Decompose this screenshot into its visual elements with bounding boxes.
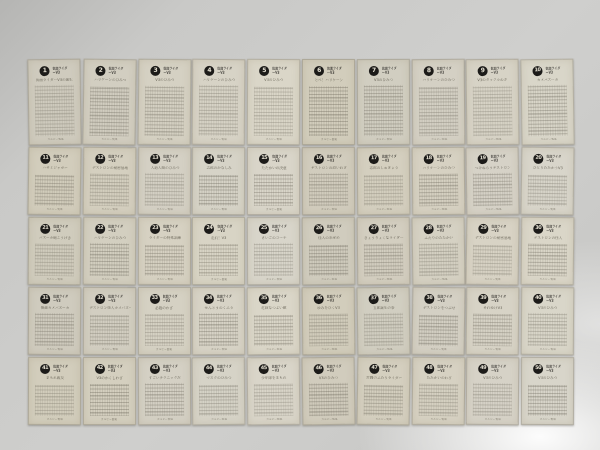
card-back: 44仮面ライダーV3マスクのひみつカルビー製菓 xyxy=(192,357,246,425)
card-back: 42仮面ライダーV3V3のかくしわざカルビー製菓 xyxy=(83,357,136,425)
series-logo: 仮面ライダーV3 xyxy=(327,154,343,162)
card-back: 13仮面ライダーV3人造人間のひみつカルビー製菓 xyxy=(137,147,191,215)
series-logo: 仮面ライダーV3 xyxy=(492,224,508,233)
card-footer: カルビー製菓 xyxy=(539,278,555,281)
card-header: 27仮面ライダーV3 xyxy=(368,223,397,234)
series-logo: 仮面ライダーV3 xyxy=(218,66,234,75)
series-logo: 仮面ライダーV3 xyxy=(272,294,288,303)
card-number-badge: 37 xyxy=(368,294,378,304)
card-title: つけねらうデストロン xyxy=(475,166,511,171)
series-logo: 仮面ライダーV3 xyxy=(491,66,507,75)
card-title: V3のひみつ xyxy=(374,78,393,82)
card-footer: カルビー製菓 xyxy=(484,348,500,351)
card-header: 28仮面ライダーV3 xyxy=(423,223,452,234)
card-back: 19仮面ライダーV3つけねらうデストロンカルビー製菓 xyxy=(466,147,520,216)
card-header: 36仮面ライダーV3 xyxy=(314,293,343,304)
series-logo: 仮面ライダーV3 xyxy=(163,66,179,75)
card-title: 必殺のわざ xyxy=(155,306,173,310)
series-logo: 仮面ライダーV3 xyxy=(52,66,68,75)
card-back: 30仮面ライダーV3デストロンの怪人カルビー製菓 xyxy=(521,217,575,286)
card-body-text xyxy=(254,315,293,347)
card-back: 20仮面ライダーV3ひとりたたかうV3カルビー製菓 xyxy=(521,147,575,216)
card-number-badge: 8 xyxy=(423,66,433,76)
card-header: 46仮面ライダーV3 xyxy=(314,363,343,374)
card-header: 45仮面ライダーV3 xyxy=(259,363,288,374)
card-back: 18仮面ライダーV3ハリケーンのひみつカルビー製菓 xyxy=(411,147,465,216)
card-body-text xyxy=(145,314,184,346)
card-body-text xyxy=(144,245,183,276)
card-body-text xyxy=(254,174,293,206)
card-back: 6仮面ライダーV3とべ！ハリケーンカルビー製菓 xyxy=(302,59,355,145)
card-back: 45仮面ライダーV3少年隊をまもれカルビー製菓 xyxy=(247,357,301,426)
card-number-badge: 12 xyxy=(95,153,105,163)
card-footer: カルビー製菓 xyxy=(101,208,117,211)
card-body-text xyxy=(199,244,238,276)
card-title: ハリケーンのひみつ xyxy=(203,78,235,83)
card-header: 30仮面ライダーV3 xyxy=(533,223,562,234)
card-footer: カルビー製菓 xyxy=(321,278,337,281)
card-footer: カルビー製菓 xyxy=(156,418,172,421)
card-header: 41仮面ライダーV3 xyxy=(40,363,69,374)
series-logo: 仮面ライダーV3 xyxy=(546,364,562,372)
series-logo: 仮面ライダーV3 xyxy=(327,294,343,303)
card-number-badge: 49 xyxy=(479,363,489,373)
card-back: 23仮面ライダーV3ライダーの特殊訓練カルビー製菓 xyxy=(137,217,190,285)
card-number-badge: 18 xyxy=(423,154,433,164)
card-header: 16仮面ライダーV3 xyxy=(314,153,343,164)
card-title: 強敵カメバズーカ xyxy=(40,306,69,311)
card-title: たたかいの決意 xyxy=(261,166,286,170)
card-footer: カルビー製菓 xyxy=(101,348,117,351)
card-footer: カルビー製菓 xyxy=(485,138,501,141)
card-footer: カルビー製菓 xyxy=(539,348,555,351)
card-body-text xyxy=(363,384,402,416)
series-logo: 仮面ライダーV3 xyxy=(546,294,562,303)
series-logo: 仮面ライダーV3 xyxy=(492,364,508,373)
card-number-badge: 42 xyxy=(95,364,105,374)
card-back: 31仮面ライダーV3強敵カメバズーカカルビー製菓 xyxy=(28,287,82,355)
card-body-text xyxy=(364,312,404,346)
card-title: ライダーの特殊訓練 xyxy=(148,236,180,240)
card-body-text xyxy=(144,86,184,137)
card-body-text xyxy=(35,174,74,206)
card-footer: カルビー製菓 xyxy=(156,278,172,281)
card-body-text xyxy=(145,383,184,416)
card-title: すごいテクニックだ xyxy=(148,376,180,380)
card-header: 25仮面ライダーV3 xyxy=(259,223,288,234)
card-footer: カルビー製菓 xyxy=(430,348,446,351)
card-title: 苦闘のふたりライダー xyxy=(366,376,402,381)
card-title: V3のひみつ xyxy=(264,78,283,82)
card-number-badge: 1 xyxy=(39,66,49,76)
card-title: デストロンの秘密基地 xyxy=(475,236,511,241)
card-back: 50仮面ライダーV3V3のひみつカルビー製菓 xyxy=(521,357,574,425)
card-number-badge: 16 xyxy=(314,154,324,164)
card-back: 36仮面ライダーV3ゆみをひくV3カルビー製菓 xyxy=(302,287,356,356)
card-footer: カルビー製菓 xyxy=(46,278,62,281)
card-footer: カルビー製菓 xyxy=(430,208,446,211)
series-logo: 仮面ライダーV3 xyxy=(163,224,179,232)
card-number-badge: 34 xyxy=(204,294,214,304)
series-logo: 仮面ライダーV3 xyxy=(217,224,233,232)
card-header: 9仮面ライダーV3 xyxy=(478,65,507,76)
card-back: 41仮面ライダーV3まもれ親友カルビー製菓 xyxy=(28,357,81,425)
card-footer: カルビー製菓 xyxy=(156,208,172,211)
card-footer: カルビー製菓 xyxy=(211,418,227,421)
card-number-badge: 21 xyxy=(40,223,50,233)
card-number-badge: 14 xyxy=(204,153,214,163)
series-logo: 仮面ライダーV3 xyxy=(381,224,397,233)
card-body-text xyxy=(364,244,403,277)
card-number-badge: 48 xyxy=(424,363,434,373)
card-number-badge: 50 xyxy=(533,363,543,373)
card-body-text xyxy=(528,244,567,277)
card-body-text xyxy=(528,174,567,206)
card-header: 48仮面ライダーV3 xyxy=(424,363,453,374)
card-body-text xyxy=(473,314,512,347)
card-number-badge: 35 xyxy=(259,294,269,304)
card-header: 3仮面ライダーV3 xyxy=(150,65,179,76)
card-header: 19仮面ライダーV3 xyxy=(478,153,507,164)
series-logo: 仮面ライダーV3 xyxy=(437,364,453,373)
card-back: 27仮面ライダーV3きょうりょくなライダーカルビー製菓 xyxy=(356,217,410,286)
series-logo: 仮面ライダーV3 xyxy=(272,364,288,373)
card-body-text xyxy=(89,86,129,136)
card-header: 5仮面ライダーV3 xyxy=(259,65,288,76)
card-title: デストロンの怪人 xyxy=(533,236,562,241)
series-logo: 仮面ライダーV3 xyxy=(163,154,179,163)
card-title: マスクのひみつ xyxy=(206,376,231,381)
card-footer: カルビー製菓 xyxy=(266,278,282,281)
series-logo: 仮面ライダーV3 xyxy=(491,154,507,163)
series-logo: 仮面ライダーV3 xyxy=(53,224,69,233)
series-logo: 仮面ライダーV3 xyxy=(108,66,124,75)
card-body-text xyxy=(473,383,512,417)
series-logo: 仮面ライダーV3 xyxy=(327,364,343,373)
card-number-badge: 4 xyxy=(205,65,215,75)
card-body-text xyxy=(90,243,129,277)
card-number-badge: 45 xyxy=(259,364,269,374)
card-number-badge: 30 xyxy=(533,223,543,233)
card-title: バズーカ砲こうげき xyxy=(39,236,71,241)
card-back: 2仮面ライダーV3ハリケーンのひみつカルビー製菓 xyxy=(82,59,136,146)
card-body-text xyxy=(418,242,458,276)
card-body-text xyxy=(528,385,567,416)
card-footer: カルビー製菓 xyxy=(539,208,555,211)
card-body-text xyxy=(309,382,349,416)
card-title: ハリケーンのひみつ xyxy=(93,236,125,241)
card-body-text xyxy=(364,175,403,207)
card-number-badge: 2 xyxy=(95,65,105,75)
card-footer: カルビー製菓 xyxy=(485,208,501,211)
card-footer: カルビー製菓 xyxy=(266,208,282,211)
card-title: デストロンをつぶせ xyxy=(422,306,454,311)
card-title: 危険なつよい敵 xyxy=(261,306,286,311)
series-logo: 仮面ライダーV3 xyxy=(546,154,562,163)
card-title: ゆみをひくV3 xyxy=(317,306,340,311)
card-header: 33仮面ライダーV3 xyxy=(150,293,179,304)
card-footer: カルビー製菓 xyxy=(101,418,117,421)
card-footer: カルビー製菓 xyxy=(47,138,63,141)
card-body-text xyxy=(528,313,567,347)
card-footer: カルビー製菓 xyxy=(430,138,446,141)
card-back: 29仮面ライダーV3デストロンの秘密基地カルビー製菓 xyxy=(466,217,520,286)
card-title: 志郎のかなしみ xyxy=(206,166,231,170)
card-body-text xyxy=(418,314,457,346)
card-body-text xyxy=(144,173,183,207)
card-back: 7仮面ライダーV3V3のひみつカルビー製菓 xyxy=(357,59,410,145)
card-title: V3のひみつ xyxy=(538,306,557,310)
card-title: ふたりのたたかい xyxy=(423,236,452,241)
card-body-text xyxy=(199,313,238,346)
card-back: 37仮面ライダーV3五郎誕生の巻カルビー製菓 xyxy=(356,287,410,356)
card-back: 14仮面ライダーV3志郎のかなしみカルビー製菓 xyxy=(192,147,245,215)
card-header: 13仮面ライダーV3 xyxy=(150,153,179,164)
series-logo: 仮面ライダーV3 xyxy=(436,66,452,75)
card-number-badge: 6 xyxy=(314,66,324,76)
card-footer: カルビー製菓 xyxy=(375,208,391,211)
card-body-text xyxy=(254,384,293,417)
card-back: 12仮面ライダーV3デストロンの秘密基地カルビー製菓 xyxy=(82,147,136,216)
card-header: 31仮面ライダーV3 xyxy=(40,293,69,304)
card-title: V3のかくしわざ xyxy=(96,376,122,380)
card-title: 走れ！V3 xyxy=(211,236,227,240)
series-logo: 仮面ライダーV3 xyxy=(546,224,562,233)
card-footer: カルビー製菓 xyxy=(211,138,227,141)
series-logo: 仮面ライダーV3 xyxy=(53,154,69,163)
card-footer: カルビー製菓 xyxy=(211,208,227,211)
card-body-text xyxy=(254,87,293,136)
card-body-text xyxy=(473,86,513,137)
card-title: さいごのコーチ xyxy=(261,236,286,240)
series-logo: 仮面ライダーV3 xyxy=(272,154,288,162)
card-number-badge: 19 xyxy=(478,154,488,164)
card-footer: カルビー製菓 xyxy=(265,138,281,141)
card-header: 11仮面ライダーV3 xyxy=(40,153,69,164)
series-logo: 仮面ライダーV3 xyxy=(381,294,397,303)
card-header: 38仮面ライダーV3 xyxy=(424,293,453,304)
card-number-badge: 28 xyxy=(423,224,433,234)
card-header: 21仮面ライダーV3 xyxy=(40,223,69,234)
card-back: 34仮面ライダーV3せんとうのくふうカルビー製菓 xyxy=(192,287,245,355)
card-number-badge: 32 xyxy=(95,293,105,303)
series-logo: 仮面ライダーV3 xyxy=(436,154,452,163)
card-title: 怪人の水ぜめ xyxy=(318,236,340,240)
card-header: 20仮面ライダーV3 xyxy=(533,153,562,164)
card-body-text xyxy=(199,385,238,417)
card-footer: カルビー製菓 xyxy=(485,418,501,421)
card-number-badge: 7 xyxy=(369,66,379,76)
card-body-text xyxy=(419,174,458,207)
card-back: 11仮面ライダーV3ハサミジャガーカルビー製菓 xyxy=(27,147,81,216)
card-back: 35仮面ライダーV3危険なつよい敵カルビー製菓 xyxy=(247,287,301,355)
card-header: 14仮面ライダーV3 xyxy=(204,153,233,164)
card-header: 47仮面ライダーV3 xyxy=(369,363,398,374)
card-header: 2仮面ライダーV3 xyxy=(95,65,124,76)
card-header: 34仮面ライダーV3 xyxy=(204,293,233,304)
card-header: 49仮面ライダーV3 xyxy=(479,363,508,374)
series-logo: 仮面ライダーV3 xyxy=(217,294,233,302)
card-footer: カルビー製菓 xyxy=(375,138,391,141)
card-body-text xyxy=(35,244,74,277)
series-logo: 仮面ライダーV3 xyxy=(217,154,233,162)
card-title: V3のタックルわざ xyxy=(478,78,508,83)
series-logo: 仮面ライダーV3 xyxy=(546,66,562,75)
card-header: 12仮面ライダーV3 xyxy=(95,153,124,164)
series-logo: 仮面ライダーV3 xyxy=(272,224,288,232)
card-back: 43仮面ライダーV3すごいテクニックだカルビー製菓 xyxy=(137,357,190,425)
card-footer: カルビー製菓 xyxy=(156,348,172,351)
card-number-badge: 17 xyxy=(369,154,379,164)
card-header: 18仮面ライダーV3 xyxy=(423,153,452,164)
card-title: デストロンの秘密基地 xyxy=(91,166,127,171)
card-title: それゆけV3 xyxy=(483,306,502,311)
card-back: 3仮面ライダーV3V3のひみつカルビー製菓 xyxy=(137,59,191,146)
series-logo: 仮面ライダーV3 xyxy=(217,364,233,373)
card-title: V3のひみつ xyxy=(155,78,174,83)
card-body-text xyxy=(90,174,129,207)
card-number-badge: 23 xyxy=(150,223,160,233)
card-body-text xyxy=(418,384,457,417)
series-logo: 仮面ライダーV3 xyxy=(108,294,124,302)
card-title: デストロンの恐いわざ xyxy=(311,166,347,170)
card-title: きょうりょくなライダー xyxy=(363,236,403,241)
card-number-badge: 46 xyxy=(314,364,324,374)
card-number-badge: 41 xyxy=(40,363,50,373)
card-footer: カルビー製菓 xyxy=(101,138,117,141)
card-back: 21仮面ライダーV3バズーカ砲こうげきカルビー製菓 xyxy=(28,217,82,286)
series-logo: 仮面ライダーV3 xyxy=(53,294,69,303)
card-title: せんとうのくふう xyxy=(204,306,233,310)
card-back: 1仮面ライダーV3仮面ライダーV3の誕生カルビー製菓 xyxy=(27,59,81,146)
card-body-text xyxy=(35,84,75,136)
card-footer: カルビー製菓 xyxy=(376,348,392,351)
card-number-badge: 22 xyxy=(95,223,105,233)
series-logo: 仮面ライダーV3 xyxy=(436,224,452,233)
card-footer: カルビー製菓 xyxy=(430,418,446,421)
series-logo: 仮面ライダーV3 xyxy=(272,66,288,74)
series-logo: 仮面ライダーV3 xyxy=(108,364,124,372)
card-header: 24仮面ライダーV3 xyxy=(204,223,233,234)
card-title: 五郎誕生の巻 xyxy=(372,306,394,311)
card-footer: カルビー製菓 xyxy=(321,348,337,351)
card-header: 44仮面ライダーV3 xyxy=(204,363,233,374)
card-header: 6仮面ライダーV3 xyxy=(314,65,343,76)
series-logo: 仮面ライダーV3 xyxy=(53,364,69,372)
card-number-badge: 24 xyxy=(204,224,214,234)
card-body-text xyxy=(473,244,512,276)
series-logo: 仮面ライダーV3 xyxy=(327,66,343,74)
series-logo: 仮面ライダーV3 xyxy=(437,294,453,303)
card-body-text xyxy=(35,313,74,347)
card-number-badge: 43 xyxy=(149,364,159,374)
card-footer: カルビー製菓 xyxy=(101,278,117,281)
card-body-text xyxy=(309,86,348,136)
series-logo: 仮面ライダーV3 xyxy=(162,364,178,372)
card-number-badge: 31 xyxy=(40,293,50,303)
card-back: 28仮面ライダーV3ふたりのたたかいカルビー製菓 xyxy=(411,217,465,286)
card-header: 29仮面ライダーV3 xyxy=(479,223,508,234)
card-title: 少年隊をまもれ xyxy=(261,376,286,381)
card-title: たたかいのわざ xyxy=(426,376,451,381)
card-header: 4仮面ライダーV3 xyxy=(205,65,234,76)
card-number-badge: 47 xyxy=(369,363,379,373)
card-number-badge: 36 xyxy=(314,294,324,304)
card-footer: カルビー製菓 xyxy=(211,348,227,351)
card-footer: カルビー製菓 xyxy=(46,348,62,351)
card-header: 50仮面ライダーV3 xyxy=(533,363,562,374)
card-footer: カルビー製菓 xyxy=(484,278,500,281)
card-footer: カルビー製菓 xyxy=(321,208,337,211)
card-number-badge: 44 xyxy=(204,364,214,374)
card-footer: カルビー製菓 xyxy=(540,138,556,141)
card-back: 26仮面ライダーV3怪人の水ぜめカルビー製菓 xyxy=(302,217,356,285)
card-back: 46仮面ライダーV3V3のひみつカルビー製菓 xyxy=(301,357,355,426)
card-header: 35仮面ライダーV3 xyxy=(259,293,288,304)
card-back: 10仮面ライダーV3カメバズーカカルビー製菓 xyxy=(521,59,575,146)
card-footer: カルビー製菓 xyxy=(320,138,336,141)
photo-background: 1仮面ライダーV3仮面ライダーV3の誕生カルビー製菓2仮面ライダーV3ハリケーン… xyxy=(0,0,600,450)
card-number-badge: 27 xyxy=(368,224,378,234)
card-footer: カルビー製菓 xyxy=(211,278,227,281)
card-body-text xyxy=(35,385,74,416)
card-title: ハリケーンのひみつ xyxy=(422,166,454,171)
card-header: 17仮面ライダーV3 xyxy=(369,153,398,164)
card-number-badge: 11 xyxy=(40,153,50,163)
series-logo: 仮面ライダーV3 xyxy=(108,224,124,233)
card-header: 42仮面ライダーV3 xyxy=(95,363,124,374)
card-back: 8仮面ライダーV3ハリケーンのひみつカルビー製菓 xyxy=(411,59,465,145)
card-footer: カルビー製菓 xyxy=(46,208,62,211)
card-footer: カルビー製菓 xyxy=(376,278,392,281)
card-title: V3のひみつ xyxy=(319,376,338,381)
card-body-text xyxy=(90,315,129,346)
card-body-text xyxy=(309,245,348,277)
card-header: 23仮面ライダーV3 xyxy=(150,223,179,234)
card-back: 48仮面ライダーV3たたかいのわざカルビー製菓 xyxy=(411,357,465,426)
series-logo: 仮面ライダーV3 xyxy=(108,154,124,163)
card-title: ハリケーンのひみつ xyxy=(93,78,125,83)
card-body-text xyxy=(199,85,238,137)
card-header: 15仮面ライダーV3 xyxy=(259,153,288,164)
card-grid: 1仮面ライダーV3仮面ライダーV3の誕生カルビー製菓2仮面ライダーV3ハリケーン… xyxy=(0,0,600,450)
card-back: 17仮面ライダーV3志郎のしゅぎょうカルビー製菓 xyxy=(357,147,411,215)
card-footer: カルビー製菓 xyxy=(375,418,391,421)
card-footer: カルビー製菓 xyxy=(46,418,62,421)
series-logo: 仮面ライダーV3 xyxy=(382,154,398,163)
card-number-badge: 40 xyxy=(533,293,543,303)
card-back: 9仮面ライダーV3V3のタックルわざカルビー製菓 xyxy=(466,59,520,146)
card-header: 37仮面ライダーV3 xyxy=(368,293,397,304)
card-header: 40仮面ライダーV3 xyxy=(533,293,562,304)
card-back: 15仮面ライダーV3たたかいの決意カルビー製菓 xyxy=(247,147,300,215)
card-header: 7仮面ライダーV3 xyxy=(369,65,398,76)
series-logo: 仮面ライダーV3 xyxy=(382,66,398,74)
card-header: 8仮面ライダーV3 xyxy=(423,65,452,76)
card-title: ハリケーンのひみつ xyxy=(422,78,454,83)
card-number-badge: 33 xyxy=(150,294,160,304)
card-title: V3のひみつ xyxy=(538,376,557,380)
card-footer: カルビー製菓 xyxy=(540,418,556,421)
card-back: 24仮面ライダーV3走れ！V3カルビー製菓 xyxy=(192,217,245,285)
card-footer: カルビー製菓 xyxy=(266,418,282,421)
card-number-badge: 39 xyxy=(479,293,489,303)
card-header: 32仮面ライダーV3 xyxy=(95,293,124,304)
card-body-text xyxy=(309,314,348,347)
card-title: ハサミジャガー xyxy=(42,166,67,171)
card-back: 39仮面ライダーV3それゆけV3カルビー製菓 xyxy=(466,287,520,356)
card-header: 22仮面ライダーV3 xyxy=(95,223,124,234)
